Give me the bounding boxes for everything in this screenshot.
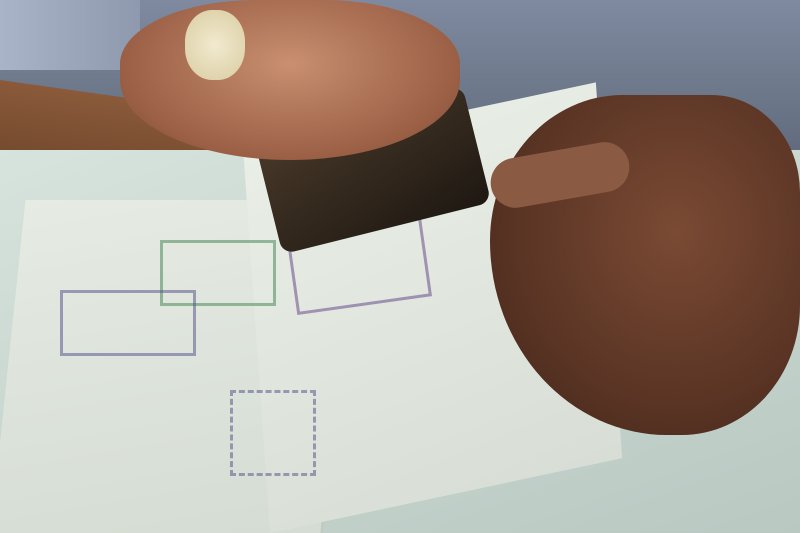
background-sleeve bbox=[0, 0, 140, 70]
ring bbox=[185, 10, 245, 80]
visa-stamp bbox=[60, 290, 196, 356]
stamping-hand bbox=[120, 0, 460, 160]
visa-stamp bbox=[230, 390, 316, 476]
